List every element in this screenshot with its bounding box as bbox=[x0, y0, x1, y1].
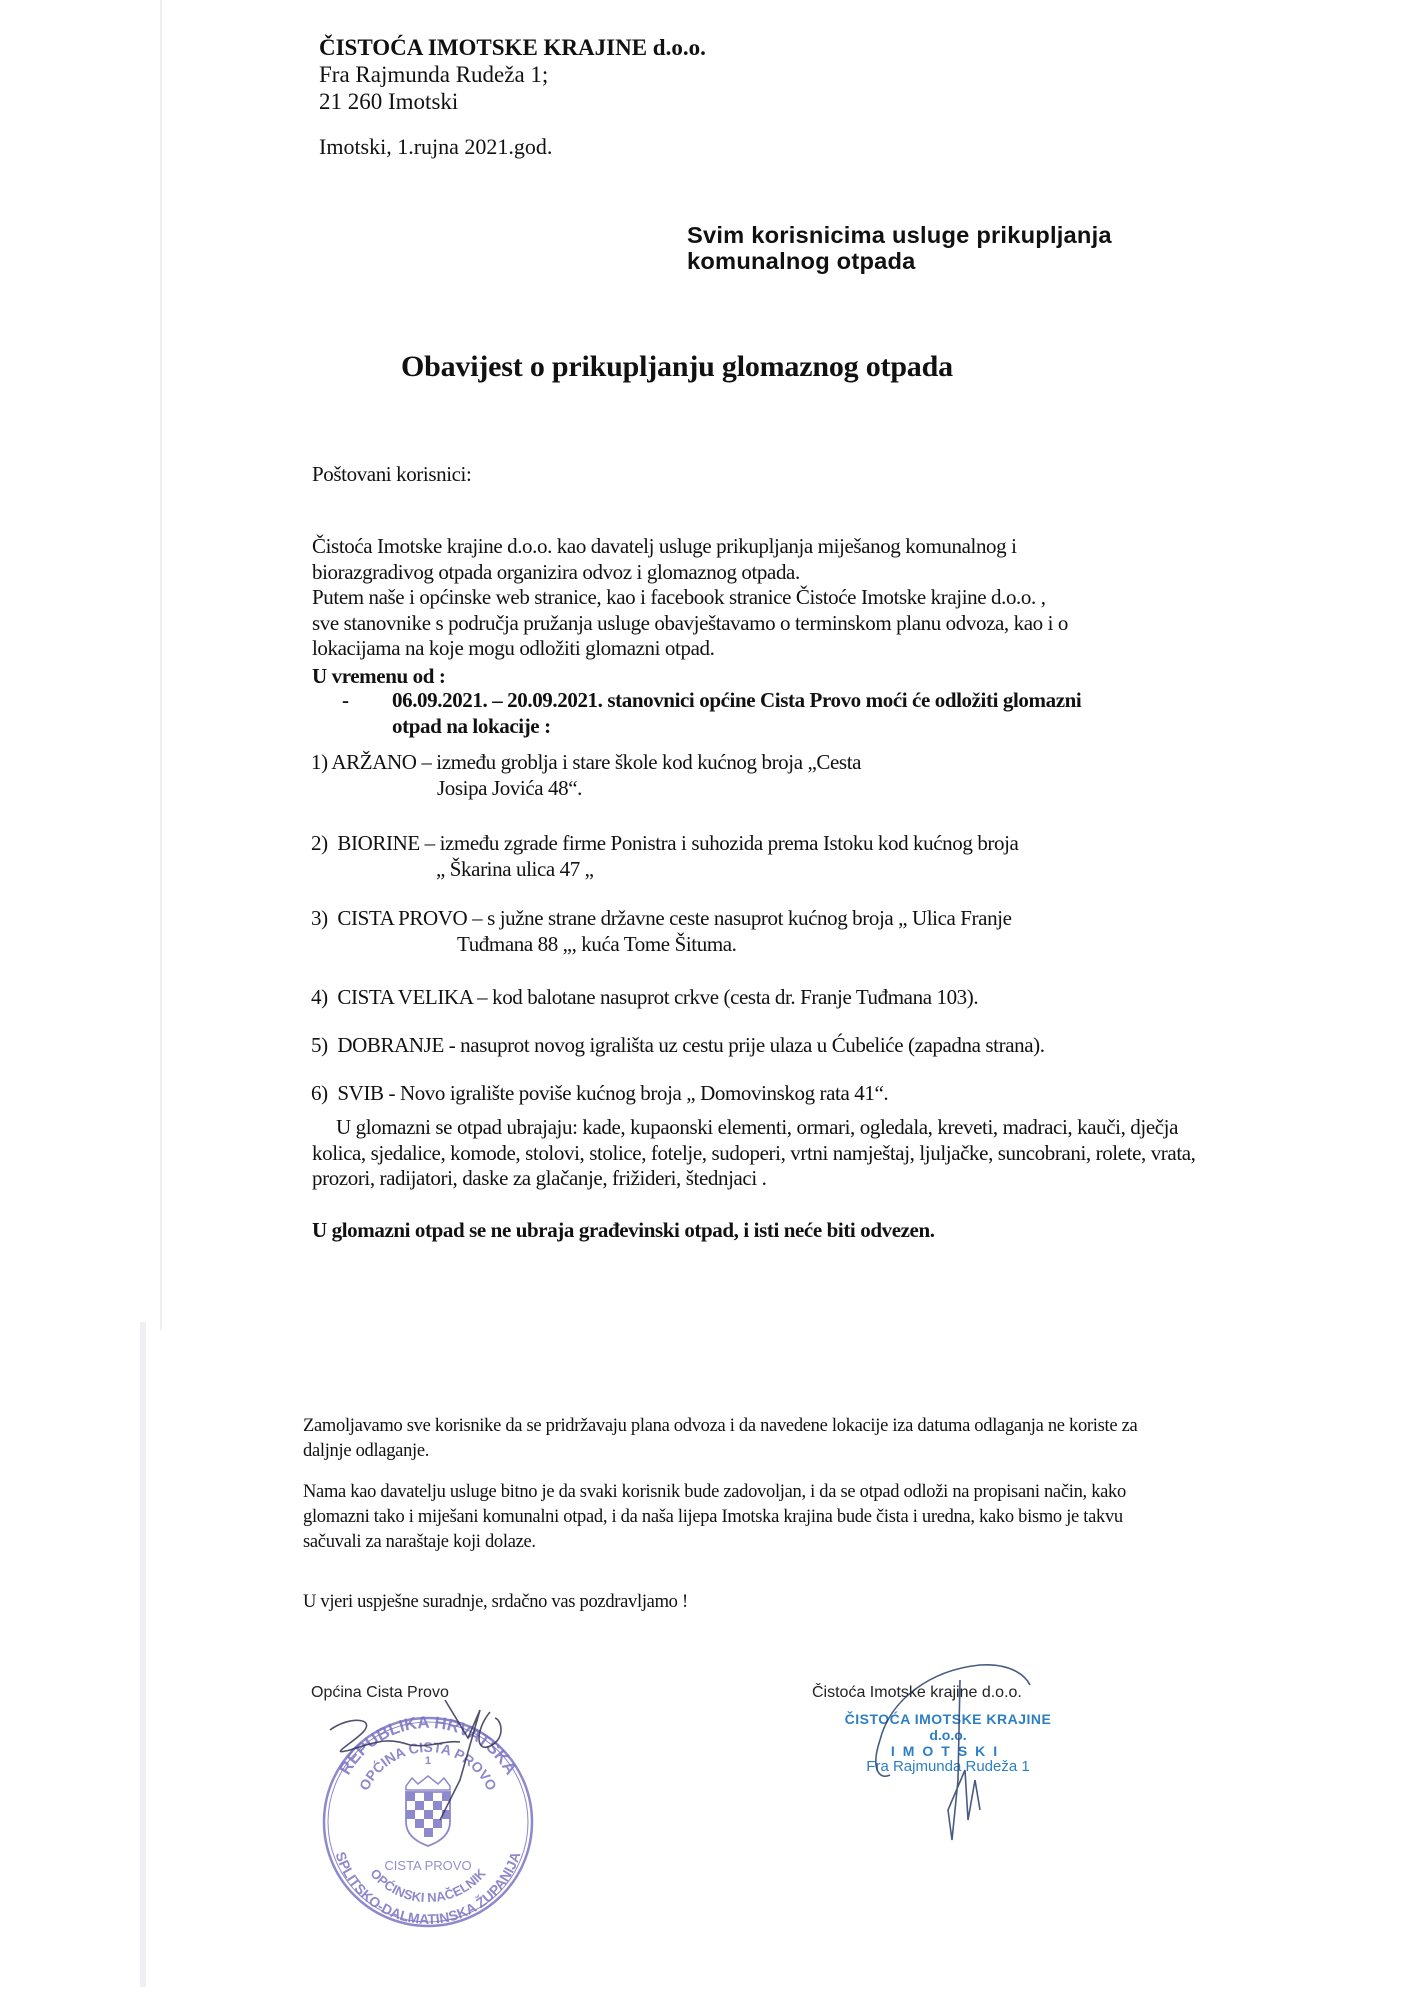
location-text-cont: Tuđmana 88 „, kuća Tome Šituma. bbox=[311, 932, 1012, 958]
intro-line: biorazgradivog otpada organizira odvoz i… bbox=[312, 560, 1172, 586]
sender-company: ČISTOĆA IMOTSKE KRAJINE d.o.o. bbox=[319, 34, 706, 61]
sender-block: ČISTOĆA IMOTSKE KRAJINE d.o.o. Fra Rajmu… bbox=[319, 34, 706, 115]
location-item: 6) SVIB - Novo igralište poviše kućnog b… bbox=[311, 1081, 888, 1107]
period-label: U vremenu od : bbox=[312, 664, 1172, 690]
location-text: BIORINE – između zgrade firme Ponistra i… bbox=[337, 831, 1018, 855]
warning-text: U glomazni otpad se ne ubraja građevinsk… bbox=[312, 1218, 1172, 1244]
municipality-stamp-icon: REPUBLIKA HRVATSKA OPĆINA CISTA PROVO SP… bbox=[310, 1700, 540, 1940]
svg-text:1: 1 bbox=[425, 1755, 431, 1767]
location-number: 2) bbox=[311, 831, 328, 855]
location-text: CISTA PROVO – s južne strane državne ces… bbox=[337, 906, 1011, 930]
bullet-dash: - bbox=[332, 688, 392, 739]
intro-line: sve stanovnike s područja pružanja uslug… bbox=[312, 611, 1172, 637]
location-text: SVIB - Novo igralište poviše kućnog broj… bbox=[337, 1081, 888, 1105]
location-item: 5) DOBRANJE - nasuprot novog igrališta u… bbox=[311, 1033, 1045, 1059]
recipient-line1: Svim korisnicima usluge prikupljanja bbox=[687, 222, 1112, 248]
date-line: Imotski, 1.rujna 2021.god. bbox=[319, 134, 552, 160]
sender-address-line2: 21 260 Imotski bbox=[319, 88, 706, 115]
signature-icon bbox=[840, 1660, 1040, 1870]
location-item: 2) BIORINE – između zgrade firme Ponistr… bbox=[311, 831, 1018, 882]
location-number: 5) bbox=[311, 1033, 328, 1057]
intro-paragraph: Čistoća Imotske krajine d.o.o. kao davat… bbox=[312, 534, 1172, 662]
period-line: 06.09.2021. – 20.09.2021. stanovnici opć… bbox=[392, 688, 1081, 714]
closing-paragraph-1: Zamoljavamo sve korisnike da se pridržav… bbox=[303, 1414, 1183, 1464]
scan-edge bbox=[160, 0, 162, 1330]
location-number: 4) bbox=[311, 985, 328, 1009]
intro-line: Čistoća Imotske krajine d.o.o. kao davat… bbox=[312, 534, 1172, 560]
period-item: - 06.09.2021. – 20.09.2021. stanovnici o… bbox=[332, 688, 1192, 739]
svg-text:CISTA PROVO: CISTA PROVO bbox=[384, 1858, 471, 1873]
location-item: 4) CISTA VELIKA – kod balotane nasuprot … bbox=[311, 985, 978, 1011]
period-line: otpad na lokacije : bbox=[392, 714, 1081, 740]
closing-greeting: U vjeri uspješne suradnje, srdačno vas p… bbox=[303, 1592, 688, 1613]
location-number: 3) bbox=[311, 906, 328, 930]
sender-address-line1: Fra Rajmunda Rudeža 1; bbox=[319, 61, 706, 88]
scan-edge bbox=[140, 1322, 146, 1987]
location-item: 3) CISTA PROVO – s južne strane državne … bbox=[311, 906, 1012, 957]
included-items-paragraph: U glomazni se otpad ubrajaju: kade, kupa… bbox=[312, 1115, 1212, 1192]
recipient-block: Svim korisnicima usluge prikupljanja kom… bbox=[687, 222, 1112, 274]
greeting: Poštovani korisnici: bbox=[312, 462, 1172, 488]
location-text: CISTA VELIKA – kod balotane nasuprot crk… bbox=[337, 985, 978, 1009]
location-text-cont: „ Škarina ulica 47 „ bbox=[311, 857, 1018, 883]
document-title: Obavijest o prikupljanju glomaznog otpad… bbox=[401, 350, 953, 384]
intro-line: lokacijama na koje mogu odložiti glomazn… bbox=[312, 636, 1172, 662]
location-text: DOBRANJE - nasuprot novog igrališta uz c… bbox=[337, 1033, 1044, 1057]
location-number: 1) bbox=[311, 750, 328, 774]
location-text-cont: Josipa Jovića 48“. bbox=[311, 776, 861, 802]
recipient-line2: komunalnog otpada bbox=[687, 248, 1112, 274]
location-number: 6) bbox=[311, 1081, 328, 1105]
location-item: 1) ARŽANO – između groblja i stare škole… bbox=[311, 750, 861, 801]
location-text: ARŽANO – između groblja i stare škole ko… bbox=[331, 750, 861, 774]
closing-paragraph-2: Nama kao davatelju usluge bitno je da sv… bbox=[303, 1480, 1183, 1555]
intro-line: Putem naše i općinske web stranice, kao … bbox=[312, 585, 1172, 611]
